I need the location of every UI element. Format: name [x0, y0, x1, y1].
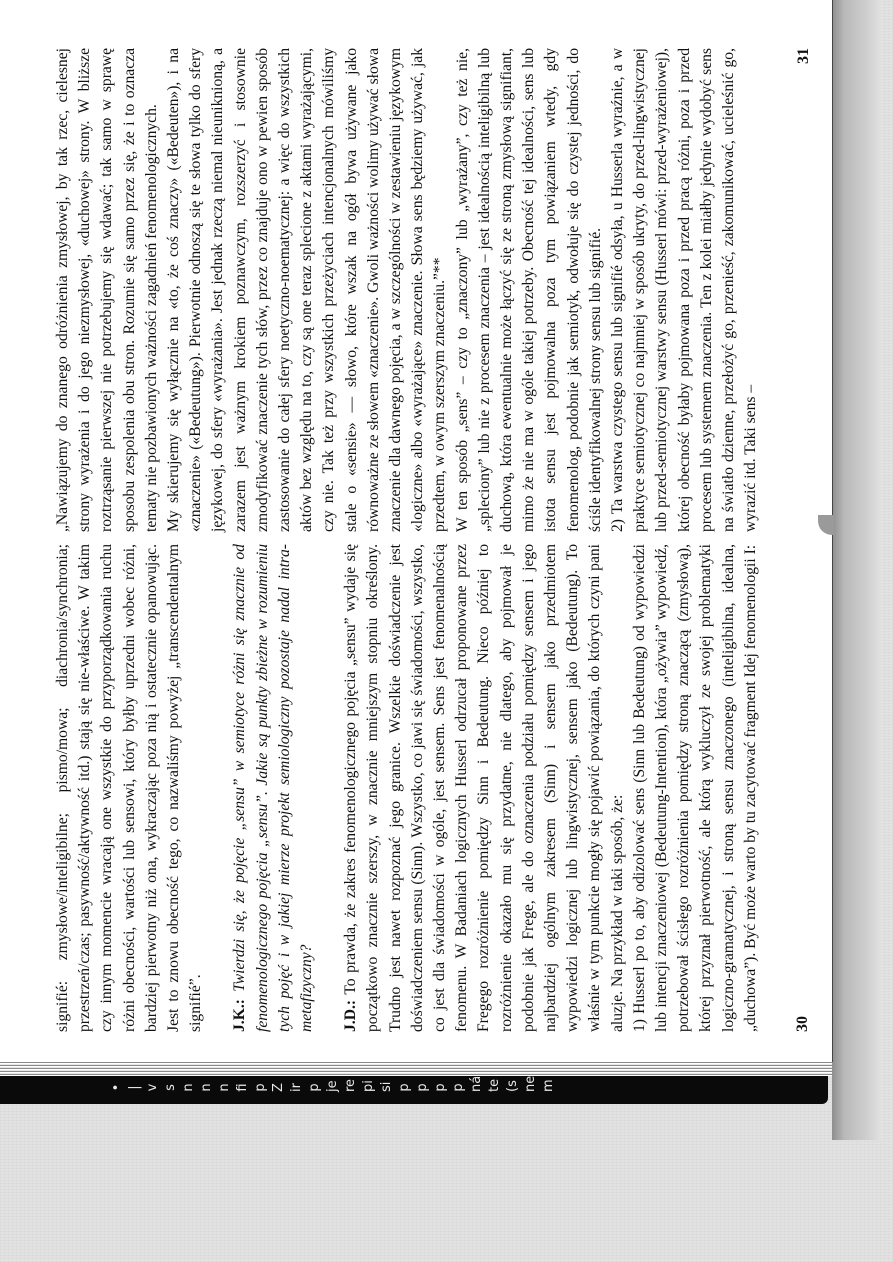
page-number: 30: [792, 544, 814, 1032]
quote-paragraph-1: „Nawiązujemy do znanego odróżnienia zmys…: [52, 48, 163, 532]
strip-glyph: ne: [523, 1083, 538, 1092]
strip-glyph: p: [415, 1083, 430, 1092]
next-page-gutter-strip: •|vsnnnfipZirpjerepisippppnáte(snem: [0, 1076, 828, 1104]
page-edge-shadow: [832, 0, 882, 1140]
answer-text: To prawda, że zakres fenomenologicznego …: [342, 544, 625, 1032]
strip-glyph: p: [307, 1083, 322, 1092]
page-number: 31: [793, 48, 815, 532]
interview-answer: J.D.: To prawda, że zakres fenomenologic…: [340, 544, 629, 1032]
interview-question: J.K.: Twierdzi się, że pojęcie „sensu” w…: [229, 544, 318, 1032]
strip-glyph: je: [325, 1083, 340, 1092]
strip-glyph: ná: [469, 1083, 484, 1092]
strip-glyph: p: [451, 1083, 466, 1092]
strip-glyph: p: [433, 1083, 448, 1092]
strip-glyph: Z: [271, 1083, 286, 1092]
strip-glyph: si: [379, 1083, 394, 1092]
strip-glyph: fi: [235, 1083, 250, 1092]
speaker-jd: J.D.:: [342, 1000, 359, 1032]
strip-glyph: pi: [361, 1083, 376, 1092]
strip-glyph: n: [181, 1083, 196, 1092]
strip-glyph: v: [145, 1083, 160, 1092]
question-text: Twierdzi się, że pojęcie „sensu” w semio…: [231, 544, 315, 1032]
numbered-point-1: 1) Husserl po to, aby odizolować sens (S…: [629, 544, 762, 1032]
strip-glyph: •: [109, 1083, 124, 1092]
strip-glyph: re: [343, 1083, 358, 1092]
body-paragraph-sens: W ten sposób „sens” – czy to „znaczony” …: [452, 48, 607, 532]
book-spread: „Nawiązujemy do znanego odróżnienia zmys…: [0, 0, 833, 1062]
strip-glyph: |: [127, 1083, 142, 1092]
body-paragraph-2: 2) Ta warstwa czystego sensu lub signifi…: [607, 48, 762, 532]
page-30: signifié: zmysłowe/inteligibilne; pismo/…: [52, 544, 814, 1032]
strip-glyph: p: [253, 1083, 268, 1092]
page-31: „Nawiązujemy do znanego odróżnienia zmys…: [52, 48, 815, 532]
strip-glyph: (s: [505, 1083, 520, 1092]
strip-glyph: n: [217, 1083, 232, 1092]
page-stack-edges: [0, 1062, 832, 1076]
speaker-jk: J.K.:: [231, 999, 248, 1032]
strip-glyph: s: [163, 1083, 178, 1092]
strip-glyph: ir: [289, 1083, 304, 1092]
quote-paragraph-2: My skierujemy się wyłącznie na «to, że c…: [163, 48, 452, 532]
gutter-curve: [818, 515, 834, 535]
cut-off-text-fragments: •|vsnnnfipZirpjerepisippppnáte(snem: [112, 1080, 553, 1095]
strip-glyph: m: [541, 1083, 556, 1092]
strip-glyph: te: [487, 1083, 502, 1092]
strip-glyph: p: [397, 1083, 412, 1092]
strip-glyph: n: [199, 1083, 214, 1092]
body-paragraph-signifie: signifié: zmysłowe/inteligibilne; pismo/…: [52, 544, 207, 1032]
